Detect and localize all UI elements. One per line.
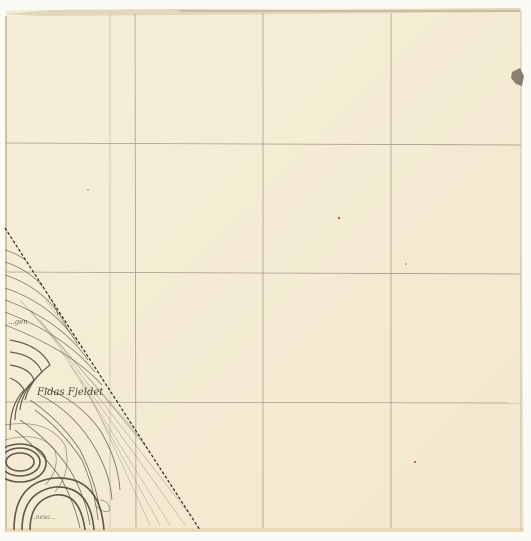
bottom-edge [6,528,524,532]
label-bottom-corner: ...nesa... [30,514,56,521]
map-sheet [0,0,531,541]
paper [6,8,524,532]
label-main-terrain: Fidas Fjeldet [37,387,103,398]
label-upper-terrain: ...gen [8,318,28,326]
